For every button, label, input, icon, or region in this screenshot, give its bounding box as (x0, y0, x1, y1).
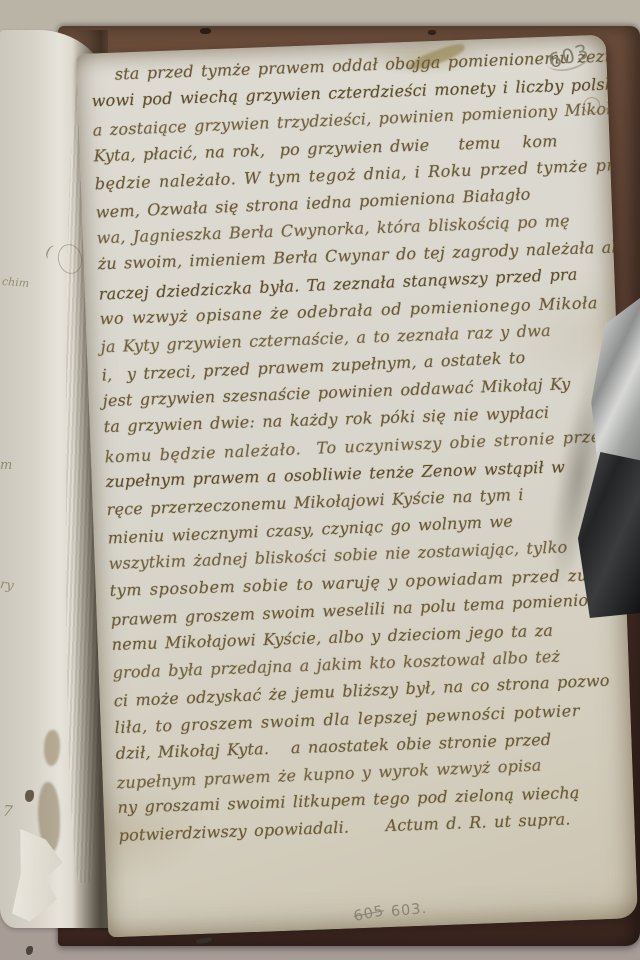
manuscript-text: sta przed tymże prawem oddał obojga pomi… (90, 43, 627, 850)
page-number-crossed-out: 605 (352, 903, 385, 925)
faint-ink-mark: ( (44, 242, 54, 261)
faint-ink-mark: ry (0, 577, 15, 594)
cover-notch (428, 30, 436, 35)
page-number-current: 603. (390, 901, 428, 920)
debris-speck (26, 946, 33, 955)
manuscript-photo: (chimmry7 sta przed tymże prawem oddał o… (0, 0, 640, 960)
faint-ink-mark: m (0, 458, 12, 473)
faint-ink-mark: 7 (2, 802, 13, 821)
manuscript-page: sta przed tymże prawem oddał obojga pomi… (76, 35, 638, 938)
cover-notch (200, 28, 211, 34)
faint-ink-mark: chim (2, 275, 30, 290)
